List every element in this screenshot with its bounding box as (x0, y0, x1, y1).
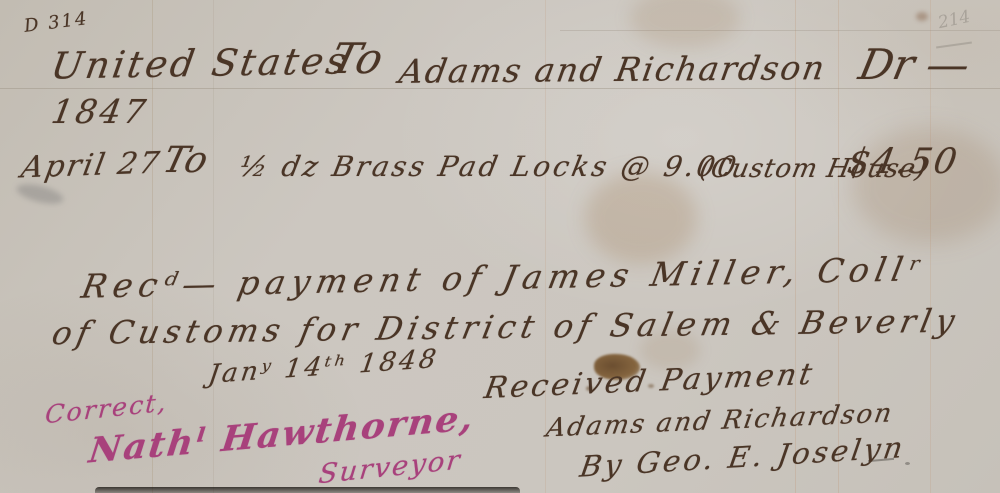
docket-number: D 314 (23, 8, 90, 37)
paper-stain (916, 12, 928, 21)
paper-stain (585, 172, 697, 264)
certification-label: Correct, (44, 388, 168, 429)
received-payment-line: Received Payment (482, 357, 818, 406)
debtor-name: Adams and Richardson (396, 48, 829, 91)
document-scan: D 314 214 United States To Adams and Ric… (0, 0, 1000, 493)
torn-edge-shadow (95, 487, 520, 493)
debtor-abbrev: Dr — (855, 40, 975, 89)
billhead-to: To (326, 34, 388, 83)
fold-crease-horizontal (560, 30, 1000, 31)
receipt-date: Janʸ 14ᵗʰ 1848 (206, 344, 440, 390)
pencil-dot-mark (905, 462, 910, 465)
entry-date: April 27 (18, 146, 163, 186)
entry-amount: $4.50 (844, 142, 961, 182)
billhead-year: 1847 (49, 92, 152, 131)
entry-to: To (159, 140, 212, 181)
creditor-name: United States (48, 39, 352, 87)
receipt-line2: of Customs for District of Salem & Bever… (49, 302, 963, 353)
pencil-note: 214 (936, 7, 972, 33)
entry-description: ½ dz Brass Pad Locks @ 9.00 (237, 150, 742, 183)
receipt-line1: Recᵈ— payment of James Miller, Collʳ (78, 249, 929, 306)
surveyor-title: Surveyor (317, 445, 463, 491)
paper-stain (630, 0, 740, 48)
